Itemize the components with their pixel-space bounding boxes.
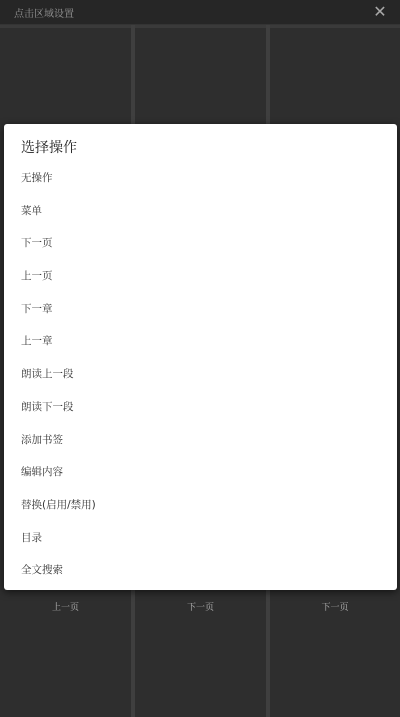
action-next-chapter[interactable]: 下一章 <box>4 293 397 326</box>
action-next-page[interactable]: 下一页 <box>4 227 397 260</box>
close-icon: ✕ <box>373 2 386 21</box>
action-toggle-replace[interactable]: 替换(启用/禁用) <box>4 489 397 522</box>
action-none[interactable]: 无操作 <box>4 162 397 195</box>
action-full-text-search[interactable]: 全文搜索 <box>4 554 397 587</box>
close-button[interactable]: ✕ <box>370 2 390 22</box>
select-action-dialog: 选择操作 无操作 菜单 下一页 上一页 下一章 上一章 朗读上一段 朗读下一段 … <box>4 124 397 590</box>
top-bar: 点击区域设置 ✕ <box>0 0 400 25</box>
action-read-next-paragraph[interactable]: 朗读下一段 <box>4 391 397 424</box>
page-title: 点击区域设置 <box>14 5 74 20</box>
tap-region-left-label: 上一页 <box>0 600 131 613</box>
action-prev-chapter[interactable]: 上一章 <box>4 325 397 358</box>
action-add-bookmark[interactable]: 添加书签 <box>4 424 397 457</box>
dialog-title: 选择操作 <box>21 137 77 157</box>
action-list: 无操作 菜单 下一页 上一页 下一章 上一章 朗读上一段 朗读下一段 添加书签 … <box>4 162 397 587</box>
tap-region-right-label: 下一页 <box>270 600 400 613</box>
action-edit-content[interactable]: 编辑内容 <box>4 456 397 489</box>
action-toc[interactable]: 目录 <box>4 522 397 555</box>
action-read-prev-paragraph[interactable]: 朗读上一段 <box>4 358 397 391</box>
tap-region-center-label: 下一页 <box>135 600 266 613</box>
action-menu[interactable]: 菜单 <box>4 195 397 228</box>
action-prev-page[interactable]: 上一页 <box>4 260 397 293</box>
